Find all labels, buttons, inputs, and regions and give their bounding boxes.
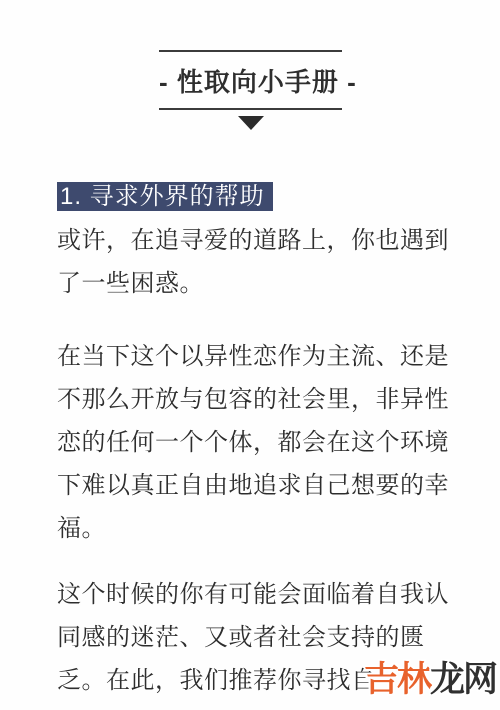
- site-watermark: 吉林龙网: [364, 652, 496, 702]
- header-bottom-rule: [159, 108, 342, 110]
- watermark-text-dark: 龙网: [430, 660, 496, 699]
- doc-header: - 性取向小手册 -: [159, 50, 342, 130]
- article-page: - 性取向小手册 - 1. 寻求外界的帮助 或许，在追寻爱的道路上，你也遇到了一…: [0, 0, 500, 710]
- doc-title: - 性取向小手册 -: [159, 52, 342, 108]
- article-content: 1. 寻求外界的帮助 或许，在追寻爱的道路上，你也遇到了一些困惑。 在当下这个以…: [57, 182, 453, 702]
- section-heading: 1. 寻求外界的帮助: [57, 182, 273, 211]
- paragraph-1: 或许，在追寻爱的道路上，你也遇到了一些困惑。: [57, 219, 453, 305]
- watermark-text-orange: 吉林: [364, 660, 430, 699]
- paragraph-2: 在当下这个以异性恋作为主流、还是不那么开放与包容的社会里，非异性恋的任何一个个体…: [57, 335, 453, 550]
- triangle-down-icon: [238, 116, 264, 130]
